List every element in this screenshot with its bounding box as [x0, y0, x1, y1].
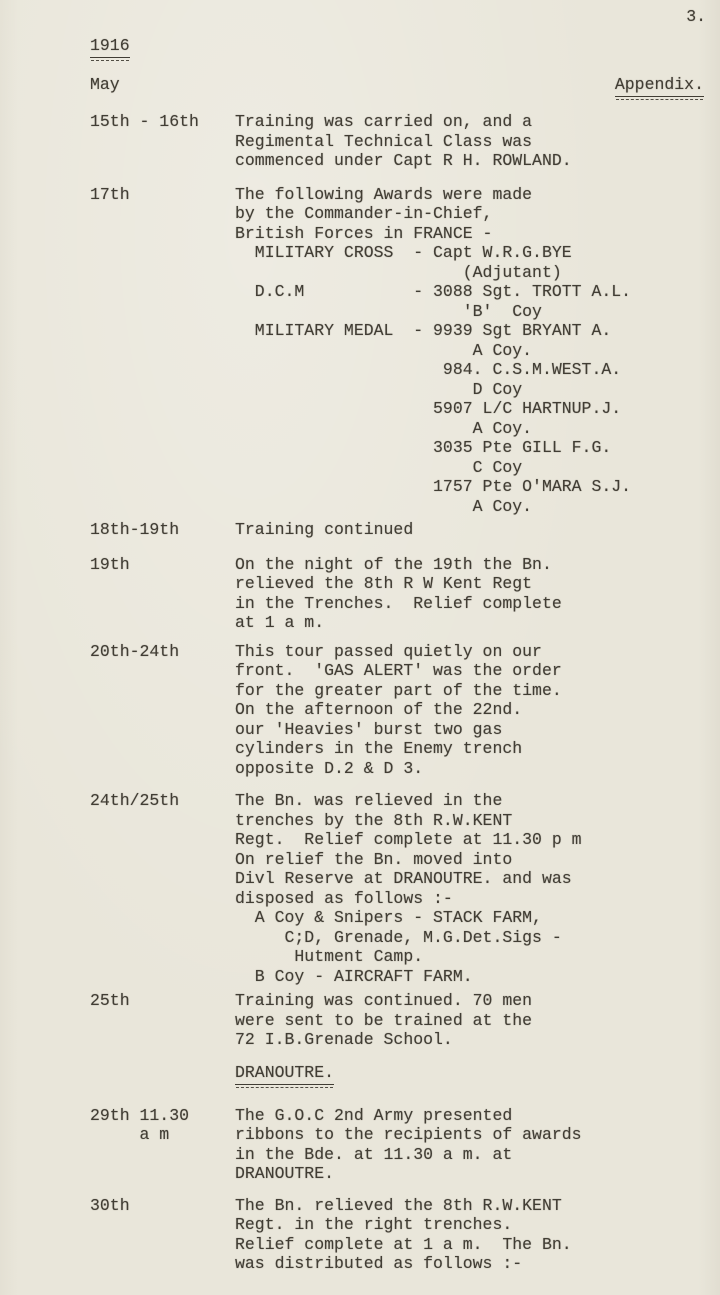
diary-entry: 25th Training was continued. 70 men were… [90, 991, 710, 1050]
diary-entry: 24th/25th The Bn. was relieved in the tr… [90, 791, 710, 986]
appendix-label: Appendix. [615, 75, 704, 97]
diary-sheet: 1916 May Appendix. 15th - 16th Training … [90, 36, 710, 1274]
entry-body: The following Awards were made by the Co… [235, 185, 631, 517]
entry-date: 19th [90, 555, 235, 633]
entry-date: 24th/25th [90, 791, 235, 986]
entry-body: Training was continued. 70 men were sent… [235, 991, 532, 1050]
diary-entry: 17th The following Awards were made by t… [90, 185, 710, 517]
entry-body: On the night of the 19th the Bn. relieve… [235, 555, 562, 633]
entry-date: 20th-24th [90, 642, 235, 779]
entry-date: 17th [90, 185, 235, 517]
diary-entry: 15th - 16th Training was carried on, and… [90, 112, 710, 171]
entry-date: 18th-19th [90, 520, 235, 540]
entry-body: The Bn. was relieved in the trenches by … [235, 791, 582, 986]
year-label: 1916 [90, 36, 130, 58]
entry-body: The G.O.C 2nd Army presented ribbons to … [235, 1106, 582, 1184]
entry-date: 15th - 16th [90, 112, 235, 171]
diary-entries: 15th - 16th Training was carried on, and… [90, 112, 710, 1274]
diary-entry: 29th 11.30 a m The G.O.C 2nd Army presen… [90, 1106, 710, 1184]
entry-date: 29th 11.30 a m [90, 1106, 235, 1184]
entry-body: This tour passed quietly on our front. '… [235, 642, 562, 779]
diary-entry: 20th-24th This tour passed quietly on ou… [90, 642, 710, 779]
entry-body: The Bn. relieved the 8th R.W.KENT Regt. … [235, 1196, 572, 1274]
location-heading: DRANOUTRE. [235, 1063, 334, 1085]
page-number: 3. [686, 7, 706, 27]
year-row: 1916 [90, 36, 710, 58]
entry-body: Training continued [235, 520, 413, 540]
war-diary-page: 3. 1916 May Appendix. 15th - 16th Traini… [0, 0, 720, 1295]
location-heading-row: DRANOUTRE. [235, 1063, 710, 1085]
entry-date: 25th [90, 991, 235, 1050]
subhead-row: May Appendix. [90, 75, 710, 97]
diary-entry: 30th The Bn. relieved the 8th R.W.KENT R… [90, 1196, 710, 1274]
entry-body: Training was carried on, and a Regimenta… [235, 112, 572, 171]
entry-date: 30th [90, 1196, 235, 1274]
diary-entry: 19th On the night of the 19th the Bn. re… [90, 555, 710, 633]
month-label: May [90, 75, 120, 97]
diary-entry: 18th-19th Training continued [90, 520, 710, 540]
